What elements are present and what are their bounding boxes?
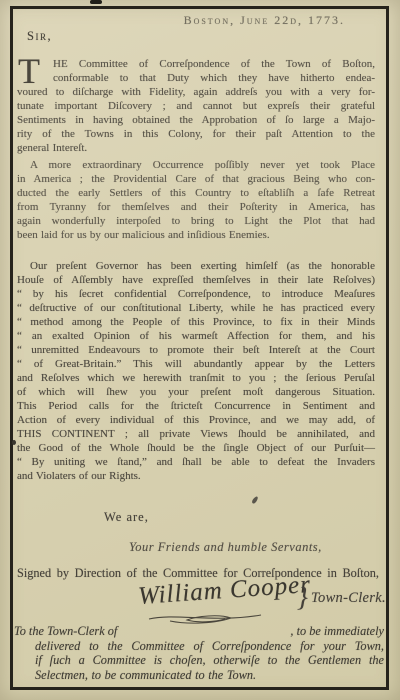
text-line: voured to diſcharge with Fidelity, again… [17,85,375,99]
text-line: been laid for us by our malicious and in… [17,228,375,242]
paragraph-2: A more extraordinary Occurrence poſſibly… [17,158,375,242]
text-line: in America ; the Providential Care of th… [17,172,375,186]
postscript-lines: delivered to the Committee of Correſpond… [14,639,384,683]
closing-friends: Your Friends and humble Servants, [129,540,322,555]
text-line: and Reſolves which we herewith tranſmit … [17,371,375,385]
text-line: THIS CONTINENT ; all private Views ſhoul… [17,427,375,441]
text-line: Houſe of Aſſembly have expreſſed themſel… [17,273,375,287]
text-line: “ unremitted Endeavours to promote their… [17,343,375,357]
paragraph-1: T HE Committee of Correſpondence of the … [17,57,375,155]
text-line: if ſuch a Committee is choſen, otherwiſe… [35,653,384,668]
paragraph-3-lines: Our preſent Governor has been exerting h… [17,259,375,483]
text-line: HE Committee of Correſpondence of the To… [17,57,375,71]
dateline: Boston, June 22d, 1773. [0,13,345,28]
scanned-letter-page: Boston, June 22d, 1773. Sir, T HE Commit… [0,0,400,700]
text-line: Our preſent Governor has been exerting h… [17,259,375,273]
text-line: delivered to the Committee of Correſpond… [35,639,384,654]
text-line: “ By uniting we ſtand,” and ſhall be abl… [17,455,375,469]
postscript-address-line: To the Town-Clerk of , to be immediately [14,624,384,639]
dropcap-letter: T [18,58,40,85]
postscript-suffix: , to be immediately [290,624,384,639]
town-name-blank [117,624,290,639]
ink-speck [12,440,16,445]
paragraph-1-lines: HE Committee of Correſpondence of the To… [17,57,375,155]
text-line: of which will ſhew you your preſent moſt… [17,385,375,399]
text-line: “ method among the People of this Provin… [17,315,375,329]
text-line: Sentiments in having obtained the Approb… [17,113,375,127]
postscript: To the Town-Clerk of , to be immediately… [14,624,384,682]
town-clerk-title: Town-Clerk. [311,590,386,607]
text-line: again wonderfully interpoſed to bring to… [17,214,375,228]
text-line: Selectmen, to be communicated to the Tow… [35,668,384,683]
text-line: “ of Great-Britain.” This will abundantl… [17,357,375,371]
signature-brace: } [297,582,308,613]
text-line: This Period calls for the ſtricteſt Conc… [17,399,375,413]
salutation: Sir, [27,29,52,44]
text-line: conformable to that Duty which they have… [17,71,375,85]
text-line: A more extraordinary Occurrence poſſibly… [17,158,375,172]
paragraph-2-lines: A more extraordinary Occurrence poſſibly… [17,158,375,242]
text-line: rity of the Towns in this Colony, for th… [17,127,375,141]
text-line: tunate important Diſcovery ; and cannot … [17,99,375,113]
text-line: general Intereſt. [17,141,375,155]
text-line: the Good of the Whole ſhould be the ſing… [17,441,375,455]
text-line: and Violaters of our Rights. [17,469,375,483]
text-line: “ by his ſecret confidential Correſponde… [17,287,375,301]
text-line: “ an exalted Opinion of his warmeſt Affe… [17,329,375,343]
text-line: “ deſtructive of our conſtitutional Libe… [17,301,375,315]
text-line: from Tyranny for themſelves and their Po… [17,200,375,214]
ink-speck [90,0,102,4]
paragraph-3: Our preſent Governor has been exerting h… [17,259,375,483]
postscript-prefix: To the Town-Clerk of [14,624,117,639]
text-line: Action of every individual of this Provi… [17,413,375,427]
closing-we-are: We are, [104,510,149,525]
text-line: ducted the early Settlers of this Countr… [17,186,375,200]
